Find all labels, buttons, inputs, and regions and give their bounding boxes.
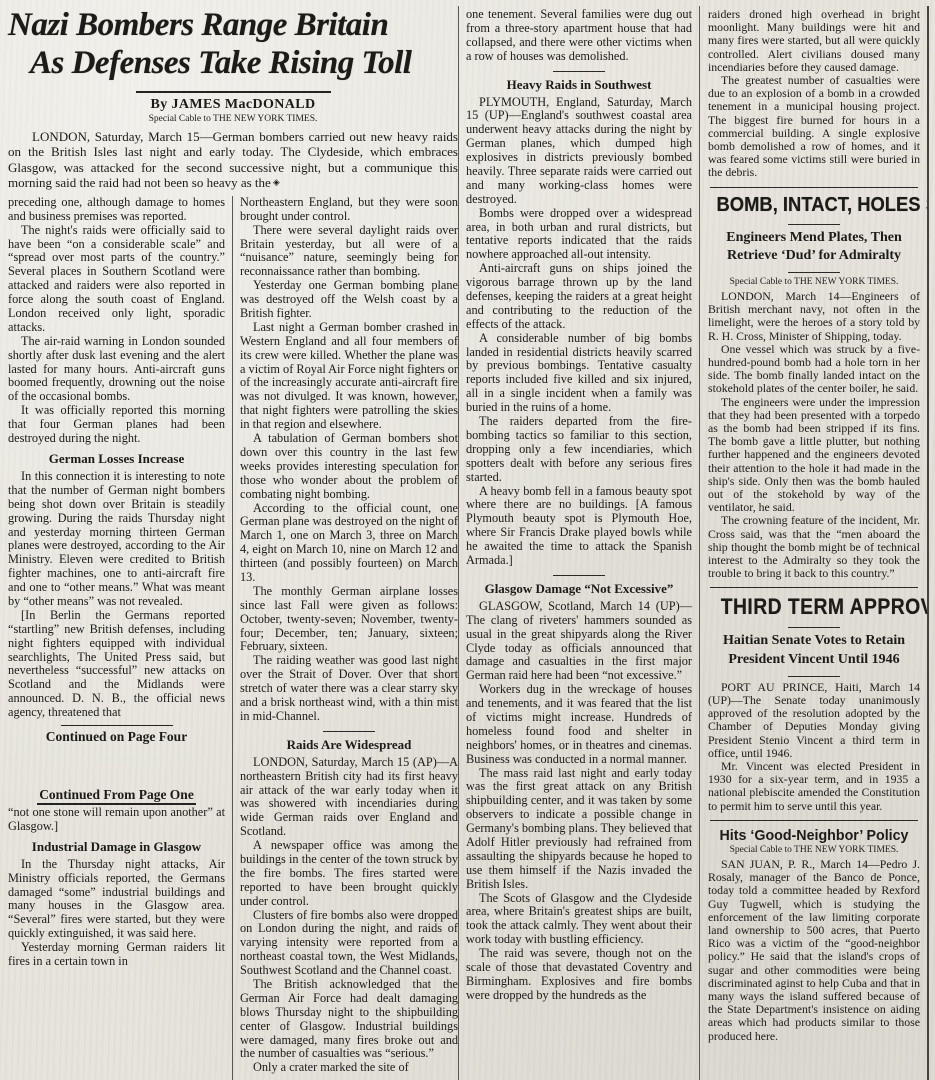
column-1: preceding one, although damage to homes … <box>8 196 233 1080</box>
paragraph: The night's raids were officially said t… <box>8 224 225 335</box>
newspaper-page: Nazi Bombers Range BritainAs Defenses Ta… <box>0 0 935 1080</box>
paragraph: The British acknowledged that the German… <box>240 978 458 1061</box>
credit-line: Special Cable to THE NEW YORK TIMES. <box>708 845 920 855</box>
third-term-headline: THIRD TERM APPROVED <box>721 594 908 620</box>
bomb-deck-line-1: Engineers Mend Plates, Then <box>708 229 920 247</box>
paragraph: Anti-aircraft guns on ships joined the v… <box>466 262 692 331</box>
subhead-glasgow-damage: Glasgow Damage “Not Excessive” <box>466 581 692 597</box>
paragraph: The raid was severe, though not on the s… <box>466 947 692 1003</box>
paragraph: Only a crater marked the site of <box>240 1061 458 1075</box>
paragraph: A tabulation of German bombers shot down… <box>240 432 458 501</box>
main-two-columns: preceding one, although damage to homes … <box>8 196 458 1080</box>
paragraph: The Scots of Glasgow and the Clydeside a… <box>466 892 692 948</box>
paragraph: One vessel which was struck by a five-hu… <box>708 343 920 396</box>
paragraph: Northeastern England, but they were soon… <box>240 196 458 224</box>
subhead-good-neighbor-policy: Hits ‘Good-Neighbor’ Policy <box>713 827 914 844</box>
third-term-deck-line-1: Haitian Senate Votes to Retain <box>708 632 920 650</box>
paragraph: The crowning feature of the incident, Mr… <box>708 514 920 580</box>
story-divider-rule <box>710 820 918 821</box>
credit-line: Special Cable to THE NEW YORK TIMES. <box>8 114 458 124</box>
paragraph: one tenement. Several families were dug … <box>466 8 692 64</box>
bomb-deck-line-2: Retrieve ‘Dud’ for Admiralty <box>708 247 920 265</box>
paragraph: PORT AU PRINCE, Haiti, March 14 (UP)—The… <box>708 681 920 760</box>
paragraph: [In Berlin the Germans reported “startli… <box>8 609 225 720</box>
paragraph: Yesterday morning German raiders lit fir… <box>8 941 225 969</box>
continued-from-page-one: Continued From Page One <box>8 787 225 803</box>
bomb-headline: BOMB, INTACT, HOLES SHIP <box>716 194 911 217</box>
column-2: Northeastern England, but they were soon… <box>233 196 458 1080</box>
paragraph: GLASGOW, Scotland, March 14 (UP)—The cla… <box>466 600 692 683</box>
main-headline: Nazi Bombers Range BritainAs Defenses Ta… <box>8 6 458 83</box>
paragraph: PLYMOUTH, England, Saturday, March 15 (U… <box>466 96 692 207</box>
continued-on-page-four: Continued on Page Four <box>8 729 225 745</box>
subhead-heavy-raids-southwest: Heavy Raids in Southwest <box>466 77 692 93</box>
paragraph: SAN JUAN, P. R., March 14—Pedro J. Rosal… <box>708 858 920 1043</box>
paragraph: LONDON, Saturday, March 15 (AP)—A northe… <box>240 756 458 839</box>
paragraph: The monthly German airplane losses since… <box>240 585 458 654</box>
paragraph: “not one stone will remain upon another”… <box>8 806 225 834</box>
paragraph: Workers dug in the wreckage of houses an… <box>466 683 692 766</box>
subhead-raids-widespread: Raids Are Widespread <box>240 737 458 753</box>
credit-line: Special Cable to THE NEW YORK TIMES. <box>708 277 920 287</box>
bomb-story: BOMB, INTACT, HOLES SHIP Engineers Mend … <box>708 194 920 581</box>
paragraph: The raiders departed from the fire-bombi… <box>466 415 692 484</box>
section-rule <box>788 272 840 273</box>
column-4: raiders droned high overhead in bright m… <box>699 6 929 1080</box>
third-term-deck-line-2: President Vincent Until 1946 <box>708 651 920 669</box>
paragraph: The greatest number of casualties were d… <box>708 74 920 180</box>
lead-paragraph: LONDON, Saturday, March 15—German bomber… <box>8 129 458 191</box>
paragraph: In the Thursday night attacks, Air Minis… <box>8 858 225 941</box>
byline: By JAMES MacDONALD <box>8 97 458 113</box>
paragraph: Mr. Vincent was elected President in 193… <box>708 760 920 813</box>
paragraph: In this connection it is interesting to … <box>8 470 225 609</box>
paragraph: raiders droned high overhead in bright m… <box>708 8 920 74</box>
section-rule <box>788 627 840 628</box>
third-term-story: THIRD TERM APPROVED Haitian Senate Votes… <box>708 594 920 1042</box>
section-rule <box>553 71 605 72</box>
paragraph: Bombs were dropped over a widespread are… <box>466 207 692 263</box>
paragraph: The raiding weather was good last night … <box>240 654 458 723</box>
subhead-industrial-damage: Industrial Damage in Glasgow <box>8 839 225 855</box>
paragraph: The air-raid warning in London sounded s… <box>8 335 225 404</box>
lead-text: LONDON, Saturday, March 15—German bomber… <box>8 129 458 191</box>
headline-line-2: As Defenses Take Rising Toll <box>8 44 458 82</box>
paragraph: A heavy bomb fell in a famous beauty spo… <box>466 485 692 568</box>
story-divider-rule <box>710 187 918 188</box>
main-story: Nazi Bombers Range BritainAs Defenses Ta… <box>8 6 458 1080</box>
section-rule <box>788 224 840 225</box>
section-rule <box>323 731 375 732</box>
byline-rule <box>136 91 331 93</box>
paragraph: The engineers were under the impression … <box>708 396 920 515</box>
subhead-german-losses: German Losses Increase <box>8 451 225 467</box>
headline-line-1: Nazi Bombers Range Britain <box>8 7 388 43</box>
paragraph: LONDON, March 14—Engineers of British me… <box>708 290 920 343</box>
continued-rule <box>61 725 173 726</box>
paragraph: A newspaper office was among the buildin… <box>240 839 458 908</box>
paragraph: It was officially reported this morning … <box>8 404 225 446</box>
paragraph: Last night a German bomber crashed in We… <box>240 321 458 432</box>
paragraph: preceding one, although damage to homes … <box>8 196 225 224</box>
continued-from-label: Continued From Page One <box>37 787 196 805</box>
paragraph: Clusters of fire bombs also were dropped… <box>240 909 458 978</box>
paragraph: According to the official count, one Ger… <box>240 502 458 585</box>
section-rule <box>788 676 840 677</box>
story-divider-rule <box>710 587 918 588</box>
paragraph: Yesterday one German bombing plane was d… <box>240 279 458 321</box>
paragraph: A considerable number of big bombs lande… <box>466 332 692 415</box>
section-rule <box>553 575 605 576</box>
paragraph: The mass raid last night and early today… <box>466 767 692 892</box>
paragraph: There were several daylight raids over B… <box>240 224 458 280</box>
printers-mark: ◈ <box>271 177 280 187</box>
column-3: one tenement. Several families were dug … <box>458 6 699 1080</box>
